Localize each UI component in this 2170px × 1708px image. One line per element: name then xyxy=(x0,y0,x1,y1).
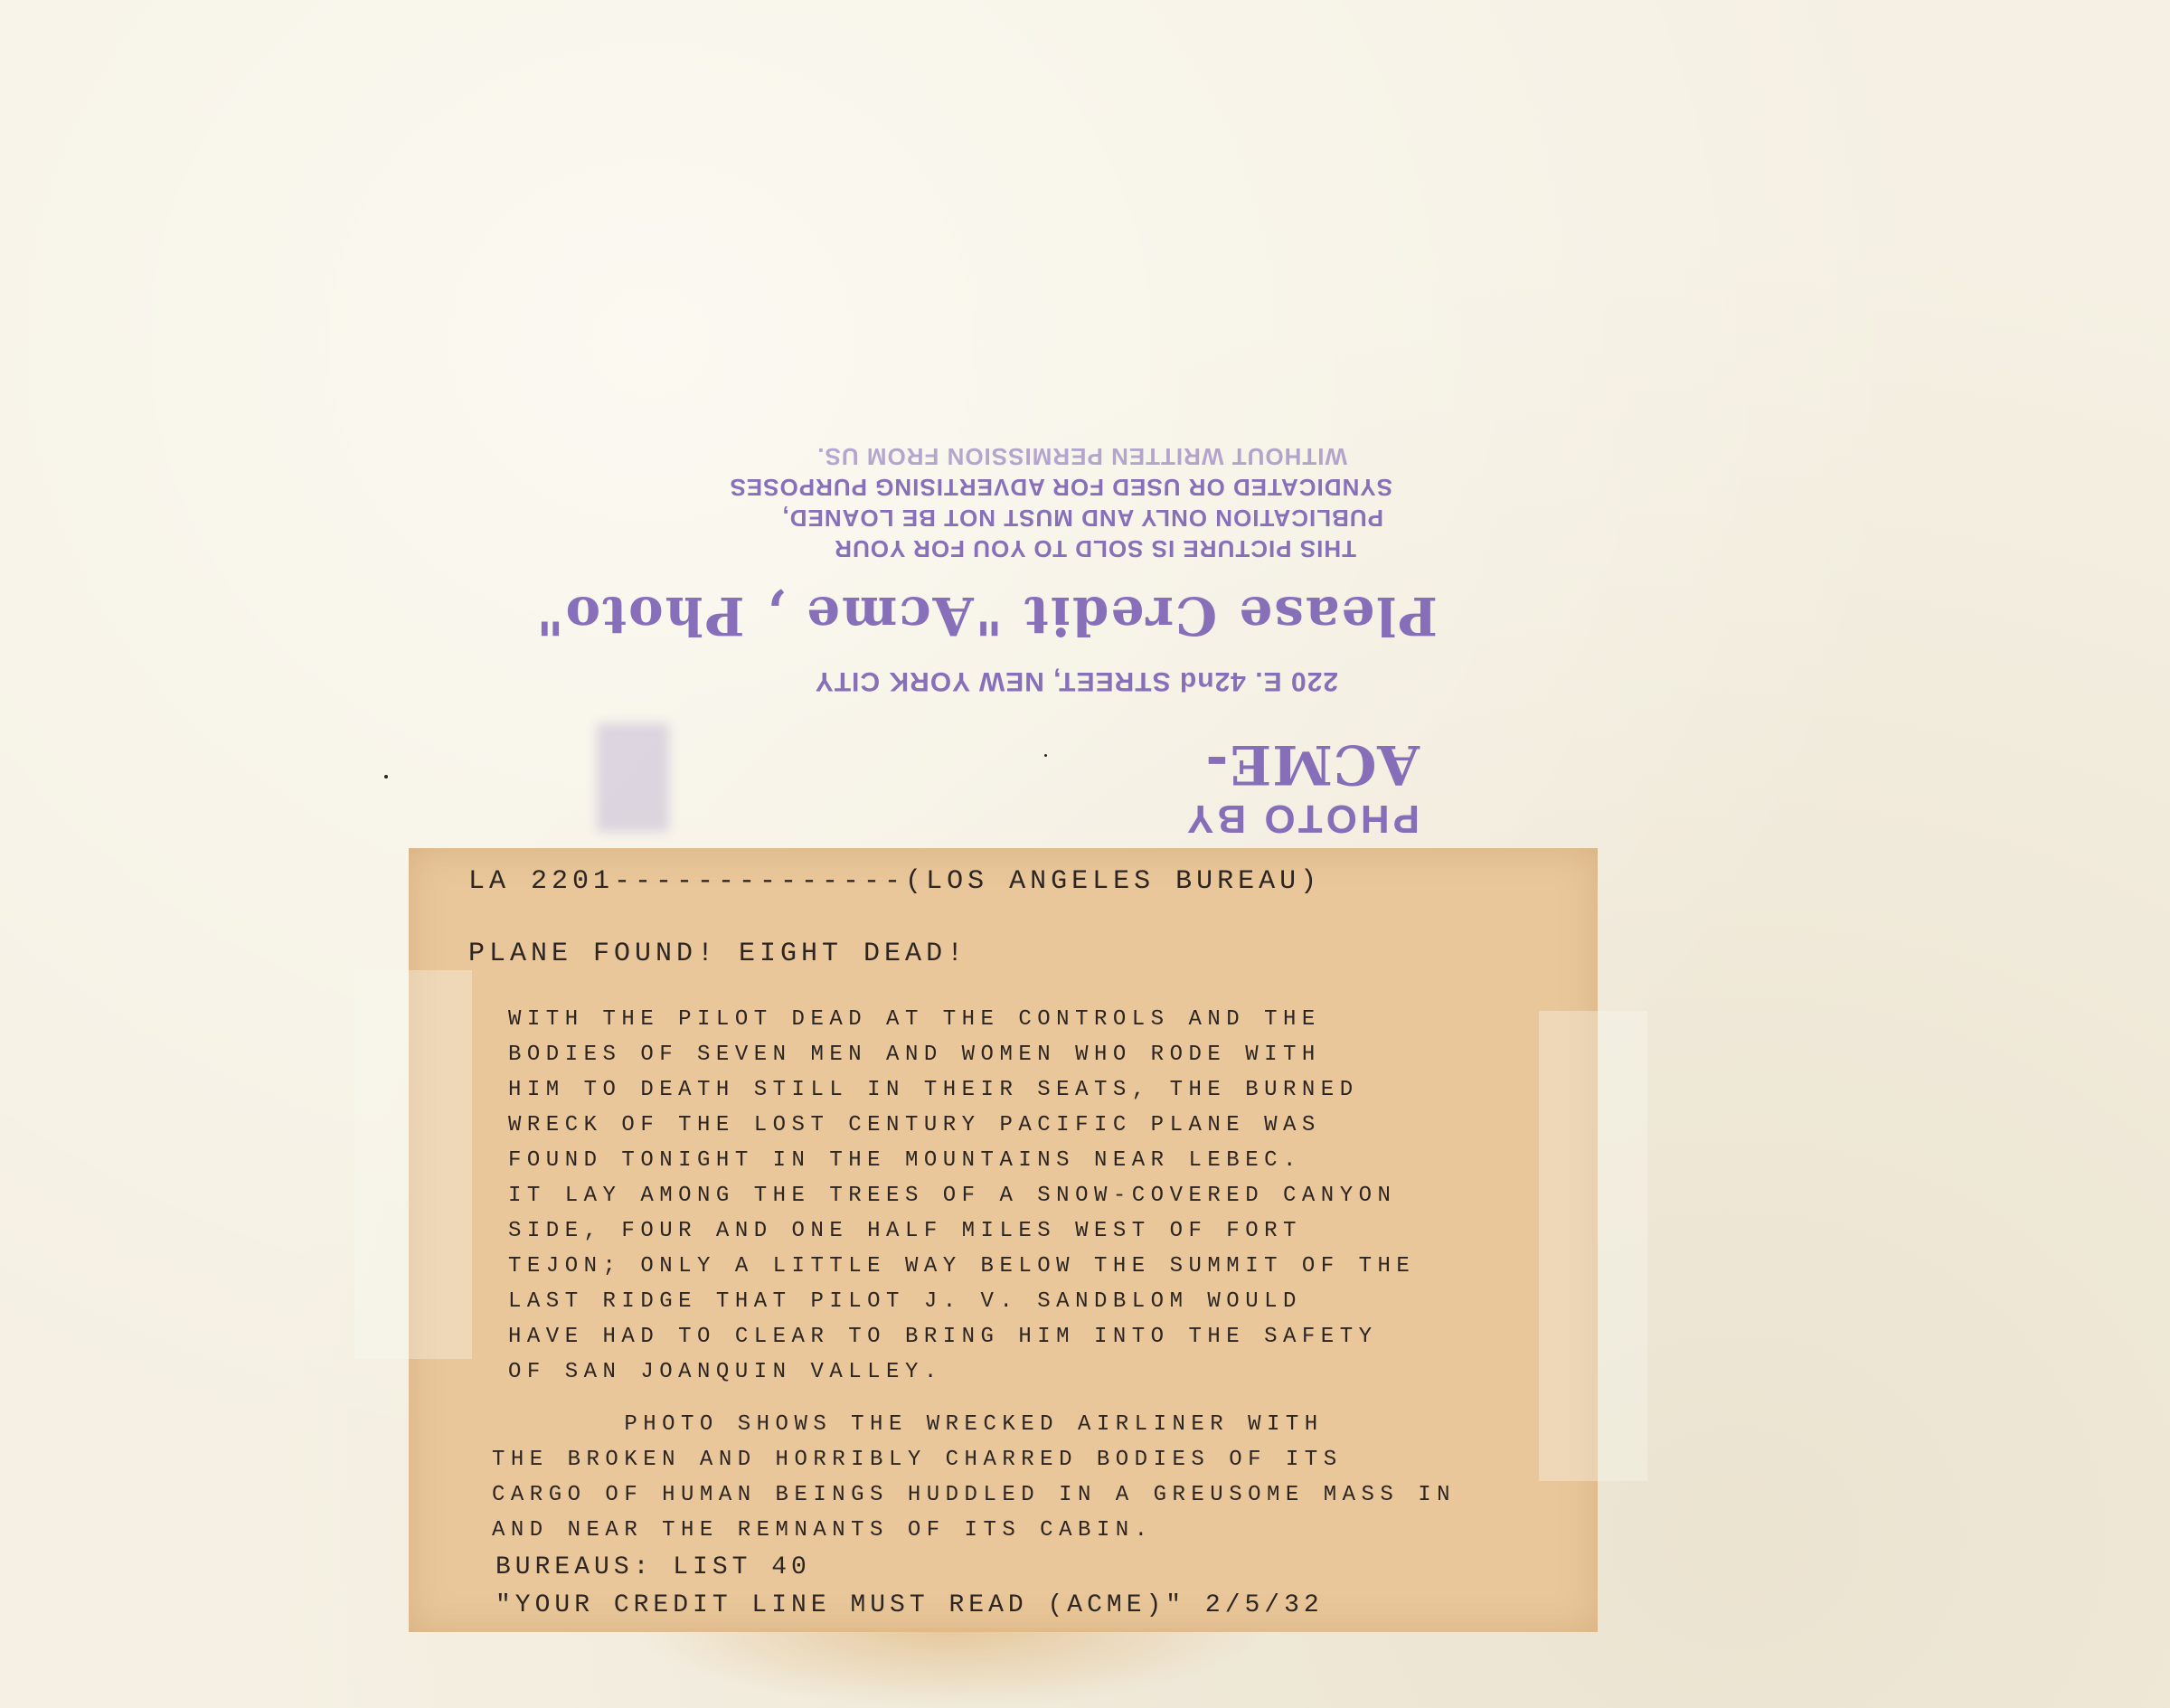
caption-line: FOUND TONIGHT IN THE MOUNTAINS NEAR LEBE… xyxy=(508,1143,1415,1178)
acme-photo-stamp: PHOTO BY ACME- 220 E. 42nd STREET, NEW Y… xyxy=(588,416,1438,850)
caption-line: BODIES OF SEVEN MEN AND WOMEN WHO RODE W… xyxy=(508,1037,1415,1072)
caption-header: LA 2201--------------(LOS ANGELES BUREAU… xyxy=(468,866,1321,897)
stamp-credit-line: Please Credit "Acme , Photo" xyxy=(534,585,1438,646)
caption-body: WITH THE PILOT DEAD AT THE CONTROLS AND … xyxy=(508,1002,1415,1390)
caption-line: HIM TO DEATH STILL IN THEIR SEATS, THE B… xyxy=(508,1072,1415,1108)
stamp-notice-line: THIS PICTURE IS SOLD TO YOU FOR YOUR xyxy=(834,534,1356,562)
caption-title: PLANE FOUND! EIGHT DEAD! xyxy=(468,939,967,969)
tape-strip xyxy=(1539,1011,1647,1481)
caption-line: CARGO OF HUMAN BEINGS HUDDLED IN A GREUS… xyxy=(492,1477,1456,1513)
caption-line: LAST RIDGE THAT PILOT J. V. SANDBLOM WOU… xyxy=(508,1284,1415,1319)
tape-strip xyxy=(354,970,472,1359)
stamp-photo-by: PHOTO BY xyxy=(1184,796,1420,841)
caption-line: TEJON; ONLY A LITTLE WAY BELOW THE SUMMI… xyxy=(508,1249,1415,1284)
caption-bureaus: BUREAUS: LIST 40 xyxy=(495,1553,811,1581)
caption-line: THE BROKEN AND HORRIBLY CHARRED BODIES O… xyxy=(492,1442,1456,1477)
caption-line: WITH THE PILOT DEAD AT THE CONTROLS AND … xyxy=(508,1002,1415,1037)
caption-line: OF SAN JOANQUIN VALLEY. xyxy=(508,1354,1415,1390)
caption-line: PHOTO SHOWS THE WRECKED AIRLINER WITH xyxy=(492,1407,1456,1442)
caption-line: SIDE, FOUR AND ONE HALF MILES WEST OF FO… xyxy=(508,1213,1415,1249)
paper-stain xyxy=(633,1628,1266,1708)
stamp-notice-line: PUBLICATION ONLY AND MUST NOT BE LOANED, xyxy=(782,504,1383,532)
ink-speck xyxy=(384,775,388,779)
caption-slip: LA 2201--------------(LOS ANGELES BUREAU… xyxy=(409,848,1598,1632)
stamp-address: 220 E. 42nd STREET, NEW YORK CITY xyxy=(815,665,1338,696)
caption-photo-description: PHOTO SHOWS THE WRECKED AIRLINER WITHTHE… xyxy=(492,1407,1456,1548)
caption-line: WRECK OF THE LOST CENTURY PACIFIC PLANE … xyxy=(508,1108,1415,1143)
stamp-notice-line: SYNDICATED OR USED FOR ADVERTISING PURPO… xyxy=(729,473,1392,501)
caption-line: HAVE HAD TO CLEAR TO BRING HIM INTO THE … xyxy=(508,1319,1415,1354)
caption-credit: "YOUR CREDIT LINE MUST READ (ACME)" 2/5/… xyxy=(495,1591,1324,1619)
stamp-agency: ACME- xyxy=(1205,732,1420,796)
caption-line: AND NEAR THE REMNANTS OF ITS CABIN. xyxy=(492,1513,1456,1548)
caption-line: IT LAY AMONG THE TREES OF A SNOW-COVERED… xyxy=(508,1178,1415,1213)
stamp-smudge xyxy=(597,723,669,832)
stamp-notice-line: WITHOUT WRITTEN PERMISSION FROM US. xyxy=(816,442,1347,470)
